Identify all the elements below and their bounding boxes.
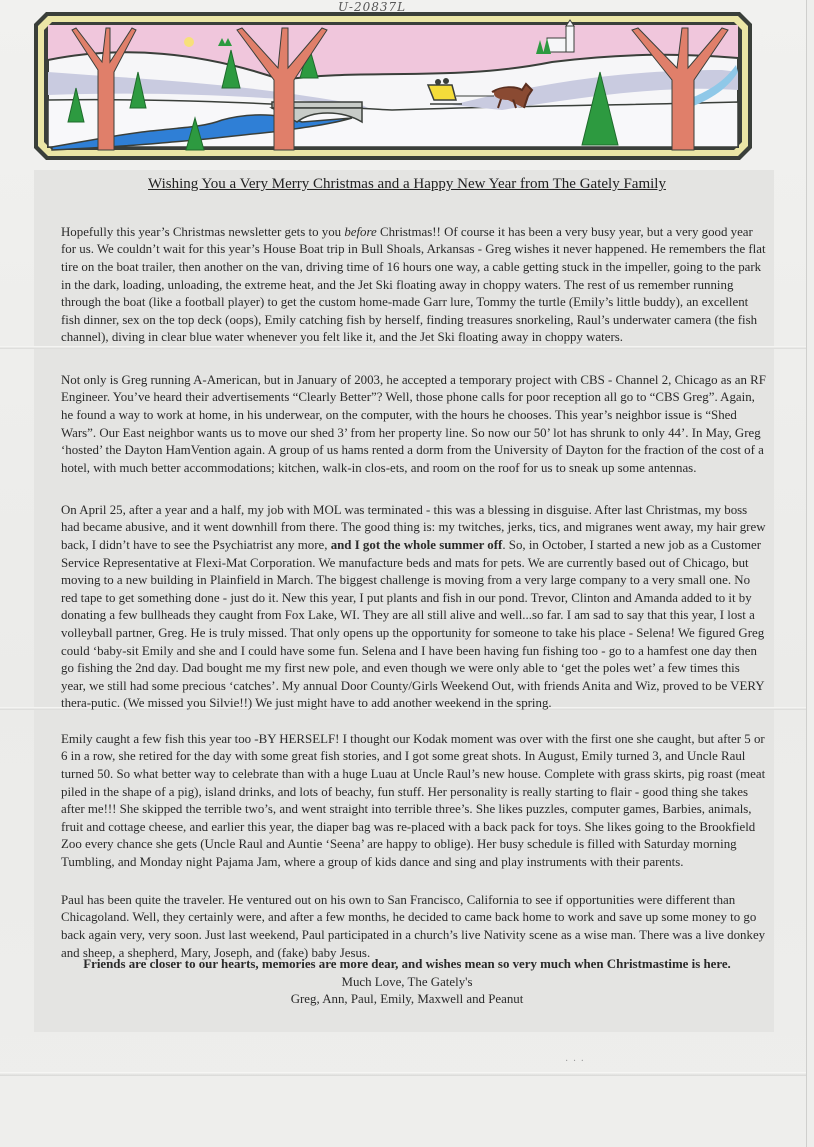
paragraph-paul: Paul has been quite the traveler. He ven… xyxy=(61,892,767,962)
closing-signoff: Much Love, The Gately's xyxy=(0,974,814,992)
closing-names: Greg, Ann, Paul, Emily, Maxwell and Pean… xyxy=(0,991,814,1009)
text-segment: Hopefully this year’s Christmas newslett… xyxy=(61,225,344,239)
paragraph-emily: Emily caught a few fish this year too -B… xyxy=(61,731,767,872)
sun-icon xyxy=(184,37,194,47)
text-segment: and I got the whole summer off xyxy=(331,538,503,552)
speck-marks: · · · xyxy=(565,1056,585,1067)
paragraph-ann: On April 25, after a year and a half, my… xyxy=(61,502,767,713)
letter-page: U-20837L xyxy=(0,0,807,1147)
text-segment: before xyxy=(344,225,376,239)
newsletter-title: Wishing You a Very Merry Christmas and a… xyxy=(0,176,814,193)
fold-line xyxy=(0,1072,806,1076)
closing-quote: Friends are closer to our hearts, memori… xyxy=(0,956,814,974)
text-segment: Christmas!! Of course it has been a very… xyxy=(61,225,766,345)
text-segment: . So, in October, I started a new job as… xyxy=(61,538,764,710)
text-segment: Paul has been quite the traveler. He ven… xyxy=(61,893,765,960)
winter-scene-banner xyxy=(32,10,754,162)
paragraph-greg: Not only is Greg running A-American, but… xyxy=(61,372,767,478)
text-segment: Not only is Greg running A-American, but… xyxy=(61,373,766,475)
text-segment: Emily caught a few fish this year too -B… xyxy=(61,732,765,869)
paragraph-houseboat: Hopefully this year’s Christmas newslett… xyxy=(61,224,767,347)
closing-block: Friends are closer to our hearts, memori… xyxy=(0,956,814,1009)
